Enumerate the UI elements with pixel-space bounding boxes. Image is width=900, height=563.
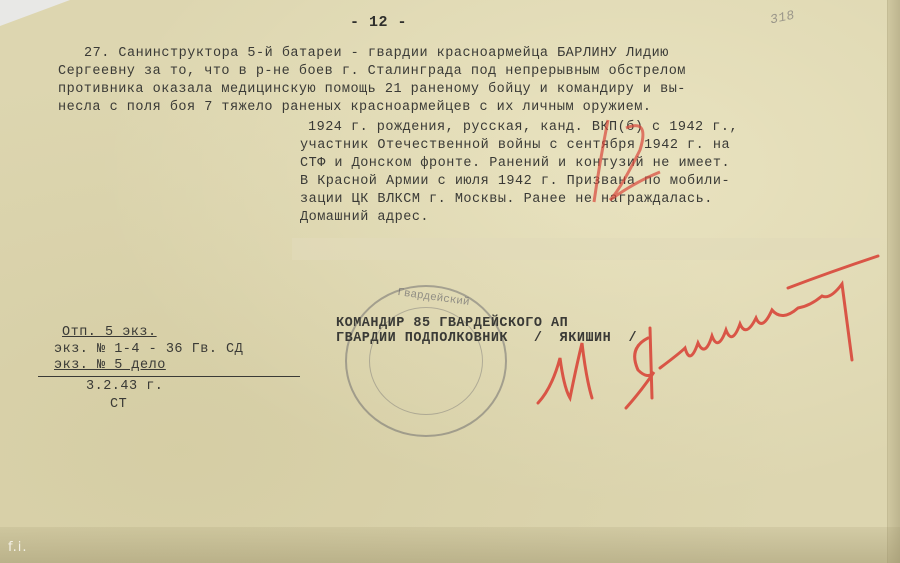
body-line: 27. Санинструктора 5-й батареи - гвардии… — [84, 46, 669, 61]
bio-line: 1924 г. рождения, русская, канд. ВКП(б) … — [308, 120, 738, 135]
document-date: 3.2.43 г. — [86, 379, 163, 394]
official-stamp: Гвардейский — [345, 285, 507, 437]
scan-shadow — [0, 527, 900, 563]
body-line: противника оказала медицинскую помощь 21… — [58, 82, 686, 97]
handwritten-signature: М. Якишин — [530, 248, 890, 423]
page-number: - 12 - — [350, 14, 407, 31]
typist-initials: СТ — [110, 397, 127, 412]
divider — [38, 376, 300, 377]
red-pencil-mark — [580, 110, 670, 215]
copies-recipients: экз. № 1-4 - 36 Гв. СД — [54, 342, 243, 357]
stamp-text: Гвардейский — [397, 287, 471, 309]
archive-pencil-number: 318 — [769, 8, 796, 28]
document-page: - 12 - 318 27. Санинструктора 5-й батаре… — [0, 0, 900, 563]
body-line: несла с поля боя 7 тяжело раненых красно… — [58, 100, 652, 115]
copy-file: экз. № 5 дело — [54, 358, 166, 373]
watermark: f.i. — [8, 540, 28, 555]
page-corner — [0, 0, 70, 26]
body-line: Сергеевну за то, что в р-не боев г. Стал… — [58, 64, 686, 79]
bio-line: Домашний адрес. — [300, 210, 429, 225]
copies-count: Отп. 5 экз. — [62, 325, 157, 340]
